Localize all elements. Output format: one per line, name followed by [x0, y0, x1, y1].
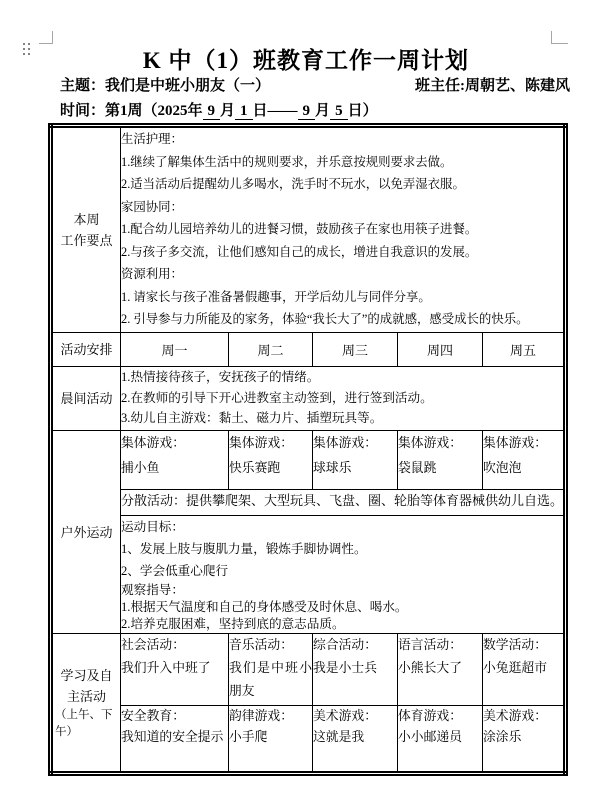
activity-cell-music: 音乐活动： 我们是中班小朋友	[229, 634, 313, 706]
meta-row: 主题：我们是中班小朋友（一） 班主任:周朝艺、陈建风	[60, 74, 570, 95]
activity-name: 我知道的安全提示	[121, 727, 228, 748]
goal-line: 2、学会低重心爬行	[121, 560, 563, 582]
row-header-schedule: 活动安排	[51, 333, 121, 367]
activity-name: 小手爬	[229, 727, 312, 748]
activity-cell-language: 语言活动： 小熊长大了	[398, 634, 483, 706]
weekly-plan-table: 本周 工作要点 生活护理： 1.继续了解集体生活中的规则要求，并乐意按规则要求去…	[48, 123, 568, 776]
time-text: 时间：第1周（2025年	[60, 103, 203, 119]
activity-label: 音乐活动：	[229, 634, 312, 657]
row-header-line: 学习及自	[53, 665, 120, 686]
teacher-label: 班主任:周朝艺、陈建风	[415, 74, 570, 95]
activity-label: 语言活动：	[398, 634, 482, 657]
table-row-points: 本周 工作要点 生活护理： 1.继续了解集体生活中的规则要求，并乐意按规则要求去…	[51, 126, 566, 333]
time-label: 时间：第1周（2025年9月1日——9月5日）	[60, 99, 378, 120]
points-line: 生活护理：	[121, 128, 563, 151]
goal-line: 运动目标：	[121, 516, 563, 538]
points-line: 1.配合幼儿园培养幼儿的进餐习惯，鼓励孩子在家也用筷子进餐。	[121, 218, 563, 241]
activity-name: 我是小士兵	[313, 657, 397, 680]
goal-line: 观察指导：	[121, 582, 563, 599]
activity-label: 韵律游戏：	[229, 706, 312, 727]
activity-cell-social: 社会活动： 我们升入中班了	[121, 634, 229, 706]
goals-cell: 运动目标： 1、发展上肢与腹肌力量，锻炼手脚协调性。 2、学会低重心爬行 观察指…	[121, 516, 566, 634]
time-blank-month2: 9	[298, 103, 316, 120]
game-name: 吹泡泡	[483, 456, 563, 481]
row-header-line: 工作要点	[53, 230, 120, 251]
activity-name: 涂涂乐	[483, 727, 563, 748]
page-title: K 中（1）班教育工作一周计划	[0, 42, 612, 75]
activity-cell-sports: 体育游戏： 小小邮递员	[398, 706, 483, 774]
game-name: 球球乐	[313, 456, 397, 481]
activity-label: 数学活动：	[483, 634, 563, 657]
points-line: 2.适当活动后提醒幼儿多喝水，洗手时不玩水，以免弄湿衣服。	[121, 173, 563, 196]
activity-label: 综合活动：	[313, 634, 397, 657]
morning-cell: 1.热情接待孩子，安抚孩子的情绪。 2.在教师的引导下开心进教室主动签到，进行签…	[121, 367, 566, 431]
game-label: 集体游戏：	[483, 431, 563, 456]
activity-cell-art2: 美术游戏： 涂涂乐	[483, 706, 566, 774]
table-row-scatter: 分散活动：提供攀爬架、大型玩具、飞盘、圈、轮胎等体育器械供幼儿自选。	[51, 490, 566, 516]
game-cell-wednesday: 集体游戏： 球球乐	[313, 431, 398, 490]
row-header-line: 主活动	[53, 686, 120, 707]
table-row-schedule: 活动安排 周一 周二 周三 周四 周五	[51, 333, 566, 367]
table-row-goals: 运动目标： 1、发展上肢与腹肌力量，锻炼手脚协调性。 2、学会低重心爬行 观察指…	[51, 516, 566, 634]
row-header-line: （上午、下	[53, 707, 120, 724]
activity-name: 我们升入中班了	[121, 657, 228, 680]
points-line: 2.与孩子多交流，让他们感知自己的成长，增进自我意识的发展。	[121, 241, 563, 264]
table-row-morning: 晨间活动 1.热情接待孩子，安抚孩子的情绪。 2.在教师的引导下开心进教室主动签…	[51, 367, 566, 431]
row-header-line: 午）	[53, 724, 120, 741]
game-cell-friday: 集体游戏： 吹泡泡	[483, 431, 566, 490]
game-name: 快乐赛跑	[229, 456, 312, 481]
activity-label: 体育游戏：	[398, 706, 482, 727]
time-text: 日）	[348, 103, 378, 119]
activity-name: 小兔逛超市	[483, 657, 563, 680]
points-line: 1. 请家长与孩子准备暑假趣事，开学后幼儿与同伴分享。	[121, 286, 563, 309]
goal-line: 1、发展上肢与腹肌力量，锻炼手脚协调性。	[121, 538, 563, 560]
goal-line: 1.根据天气温度和自己的身体感受及时休息、喝水。	[121, 599, 563, 616]
game-label: 集体游戏：	[398, 431, 482, 456]
table-row-learning-b: 安全教育： 我知道的安全提示 韵律游戏： 小手爬 美术游戏： 这就是我 体育游戏…	[51, 706, 566, 774]
activity-name: 小熊长大了	[398, 657, 482, 680]
day-header-wednesday: 周三	[313, 333, 398, 367]
table-row-learning-a: 学习及自 主活动 （上午、下 午） 社会活动： 我们升入中班了 音乐活动： 我们…	[51, 634, 566, 706]
goal-line: 2.培养克服困难，坚持到底的意志品质。	[121, 616, 563, 633]
game-cell-monday: 集体游戏： 捕小鱼	[121, 431, 229, 490]
activity-cell-rhythm: 韵律游戏： 小手爬	[229, 706, 313, 774]
activity-cell-art1: 美术游戏： 这就是我	[313, 706, 398, 774]
morning-line: 3.幼儿自主游戏：黏土、磁力片、插塑玩具等。	[121, 408, 563, 429]
row-header-line: 本周	[53, 209, 120, 230]
time-blank-day2: 5	[330, 103, 348, 120]
scatter-cell: 分散活动：提供攀爬架、大型玩具、飞盘、圈、轮胎等体育器械供幼儿自选。	[121, 490, 566, 516]
activity-name: 我们是中班小朋友	[229, 657, 312, 703]
game-cell-tuesday: 集体游戏： 快乐赛跑	[229, 431, 313, 490]
time-text: 月	[220, 103, 235, 119]
morning-line: 1.热情接待孩子，安抚孩子的情绪。	[121, 367, 563, 388]
subject-label: 主题：我们是中班小朋友（一）	[60, 74, 270, 95]
row-header-outdoor: 户外运动	[51, 431, 121, 634]
activity-label: 美术游戏：	[313, 706, 397, 727]
time-text: 日——	[253, 103, 298, 119]
document-page: { "icons": { "drag_handle": "dots-grid-i…	[0, 0, 612, 795]
game-cell-thursday: 集体游戏： 袋鼠跳	[398, 431, 483, 490]
game-label: 集体游戏：	[313, 431, 397, 456]
game-label: 集体游戏：	[121, 431, 228, 456]
points-line: 资源利用：	[121, 263, 563, 286]
activity-cell-safety: 安全教育： 我知道的安全提示	[121, 706, 229, 774]
row-header-weekly-points: 本周 工作要点	[51, 126, 121, 333]
day-header-friday: 周五	[483, 333, 566, 367]
points-line: 2. 引导参与力所能及的家务，体验“我长大了”的成就感，感受成长的快乐。	[121, 308, 563, 331]
row-header-morning: 晨间活动	[51, 367, 121, 431]
time-blank-month1: 9	[203, 103, 221, 120]
day-header-thursday: 周四	[398, 333, 483, 367]
activity-label: 安全教育：	[121, 706, 228, 727]
activity-name: 小小邮递员	[398, 727, 482, 748]
game-name: 捕小鱼	[121, 456, 228, 481]
activity-label: 社会活动：	[121, 634, 228, 657]
morning-line: 2.在教师的引导下开心进教室主动签到，进行签到活动。	[121, 388, 563, 409]
table-row-group-games: 户外运动 集体游戏： 捕小鱼 集体游戏： 快乐赛跑 集体游戏： 球球乐 集体游戏…	[51, 431, 566, 490]
day-header-monday: 周一	[121, 333, 229, 367]
weekly-points-cell: 生活护理： 1.继续了解集体生活中的规则要求，并乐意按规则要求去做。 2.适当活…	[121, 126, 566, 333]
game-name: 袋鼠跳	[398, 456, 482, 481]
points-line: 家园协同：	[121, 196, 563, 219]
activity-cell-math: 数学活动： 小兔逛超市	[483, 634, 566, 706]
time-blank-day1: 1	[235, 103, 253, 120]
activity-label: 美术游戏：	[483, 706, 563, 727]
game-label: 集体游戏：	[229, 431, 312, 456]
points-line: 1.继续了解集体生活中的规则要求，并乐意按规则要求去做。	[121, 151, 563, 174]
time-text: 月	[315, 103, 330, 119]
day-header-tuesday: 周二	[229, 333, 313, 367]
row-header-learning: 学习及自 主活动 （上午、下 午）	[51, 634, 121, 774]
activity-name: 这就是我	[313, 727, 397, 748]
activity-cell-comprehensive: 综合活动： 我是小士兵	[313, 634, 398, 706]
